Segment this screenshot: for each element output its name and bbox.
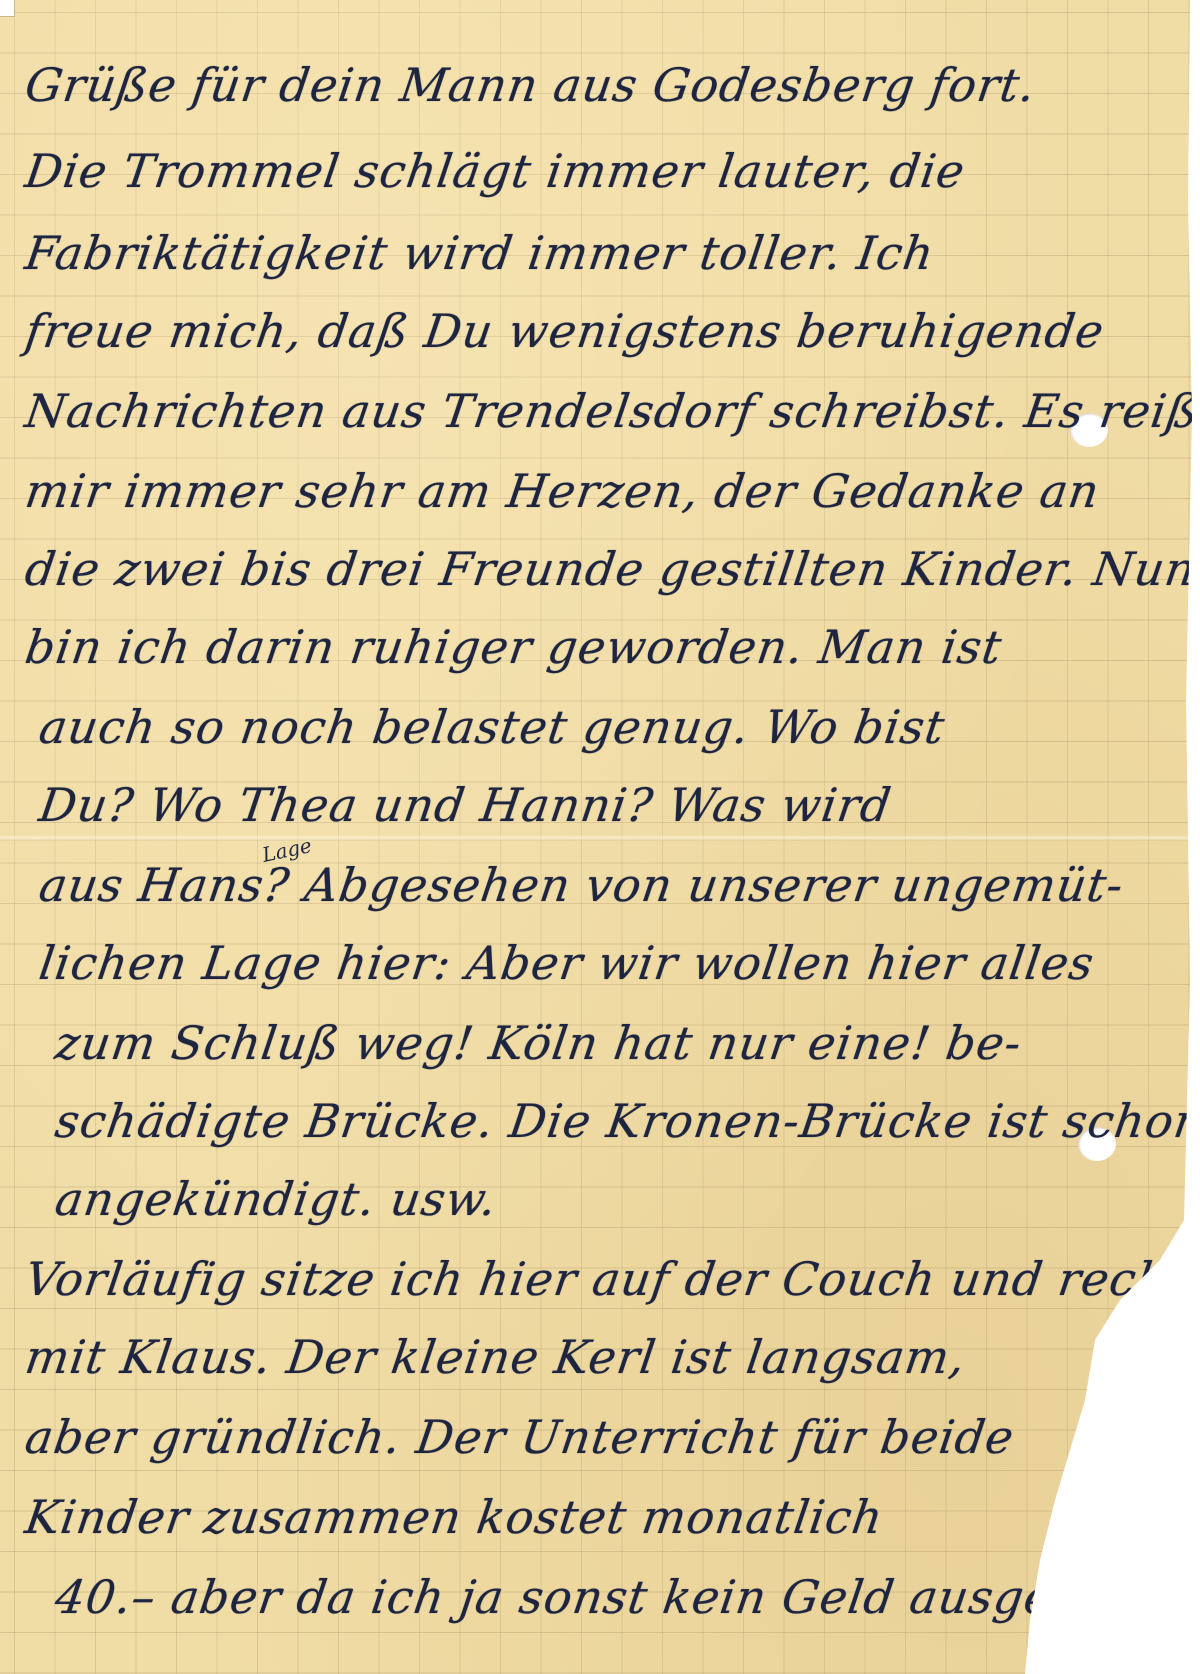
- paper-fold: [0, 835, 1200, 841]
- text-line: aber gründlich. Der Unterricht für beide: [22, 1410, 1018, 1464]
- text-line: Die Trommel schlägt immer lauter, die: [22, 144, 969, 198]
- text-line: Nachrichten aus Trendelsdorf schreibst. …: [22, 384, 1200, 438]
- text-line: mir immer sehr am Herzen, der Gedanke an: [22, 464, 1103, 518]
- text-line: mit Klaus. Der kleine Kerl ist langsam,: [22, 1330, 969, 1384]
- text-line: 40.– aber da ich ja sonst kein Geld ausg…: [52, 1570, 1115, 1624]
- text-line: auch so noch belastet genug. Wo bist: [36, 700, 948, 754]
- text-line: freue mich, daß Du wenigstens beruhigend…: [22, 304, 1108, 358]
- text-line: Kinder zusammen kostet monatlich: [22, 1490, 887, 1544]
- text-line: schädigte Brücke. Die Kronen-Brücke ist …: [52, 1094, 1200, 1148]
- text-line: zum Schluß weg! Köln hat nur eine! be-: [52, 1016, 1025, 1070]
- text-line: die zwei bis drei Freunde gestillten Kin…: [22, 542, 1200, 596]
- text-line: Grüße für dein Mann aus Godesberg fort.: [22, 58, 1039, 112]
- text-line: Fabriktätigkeit wird immer toller. Ich: [22, 226, 938, 280]
- text-line: Vorläufig sitze ich hier auf der Couch u…: [22, 1252, 1200, 1306]
- text-line: aus Hans? Abgesehen von unserer ungemüt-: [36, 858, 1127, 912]
- text-line: lichen Lage hier: Aber wir wollen hier a…: [36, 936, 1098, 990]
- torn-corner: [0, 0, 15, 17]
- text-line: angekündigt. usw.: [52, 1172, 501, 1226]
- text-line: Du? Wo Thea und Hanni? Was wird: [36, 778, 895, 832]
- letter-sheet: Grüße für dein Mann aus Godesberg fort. …: [0, 0, 1200, 1674]
- text-line: bin ich darin ruhiger geworden. Man ist: [22, 620, 1006, 674]
